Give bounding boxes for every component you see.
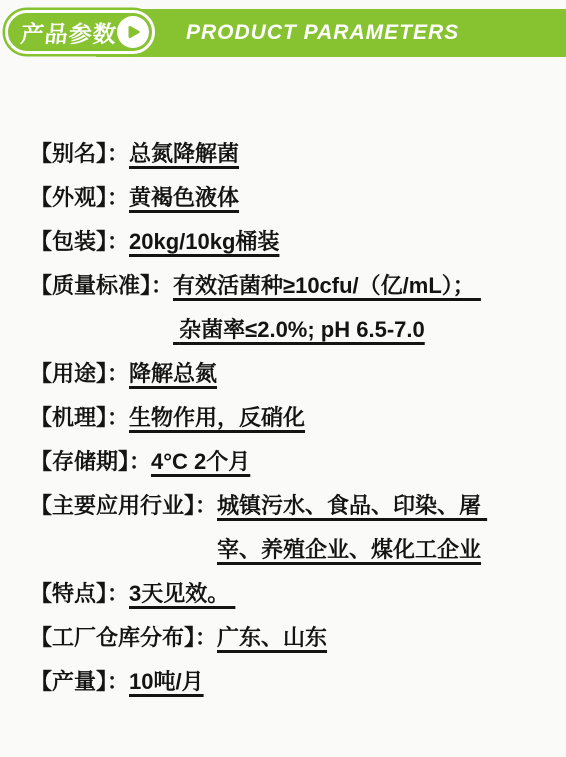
parameter-label: 【特点】： — [30, 572, 129, 616]
parameter-row-storage-period: 【存储期】：4°C 2个月 — [30, 440, 544, 484]
parameter-value: 黄褐色液体 — [129, 176, 544, 220]
parameter-row-packaging: 【包装】：20kg/10kg桶装 — [30, 220, 544, 264]
parameter-label: 【别名】： — [30, 132, 129, 176]
parameter-label: 【外观】： — [30, 176, 129, 220]
parameter-value: 4°C 2个月 — [151, 440, 544, 484]
parameter-value: 降解总氮 — [129, 352, 544, 396]
parameter-row-mechanism: 【机理】：生物作用，反硝化 — [30, 396, 544, 440]
parameter-label: 【机理】： — [30, 396, 129, 440]
parameter-value: 总氮降解菌 — [129, 132, 544, 176]
parameter-row-factory-warehouse: 【工厂仓库分布】：广东、山东 — [30, 616, 544, 660]
parameter-label: 【用途】： — [30, 352, 129, 396]
parameter-label: 【产量】： — [30, 660, 129, 704]
parameter-label: 【包装】： — [30, 220, 129, 264]
parameter-row-output: 【产量】：10吨/月 — [30, 660, 544, 704]
parameter-row-appearance: 【外观】：黄褐色液体 — [30, 176, 544, 220]
parameter-value: 20kg/10kg桶装 — [129, 220, 544, 264]
parameter-row-alias: 【别名】：总氮降解菌 — [30, 132, 544, 176]
parameter-value: 3天见效。 — [129, 572, 544, 616]
parameter-value: 10吨/月 — [129, 660, 544, 704]
parameter-label: 【质量标准】： — [30, 264, 173, 308]
parameter-label: 【工厂仓库分布】： — [30, 616, 217, 660]
parameter-row-features: 【特点】：3天见效。 — [30, 572, 544, 616]
header-banner: PRODUCT PARAMETERS 产品参数 — [0, 0, 566, 62]
play-icon — [117, 16, 149, 48]
header-title: PRODUCT PARAMETERS — [186, 9, 459, 57]
parameter-value: 生物作用，反硝化 — [129, 396, 544, 440]
parameter-label: 【存储期】： — [30, 440, 151, 484]
product-parameters-badge: 产品参数 — [5, 10, 155, 54]
parameter-value: 广东、山东 — [217, 616, 544, 660]
badge-label: 产品参数 — [19, 16, 118, 49]
parameter-value: 有效活菌种≥10cfu/（亿/mL）； 杂菌率≤2.0%; pH 6.5-7.0 — [173, 264, 544, 352]
parameter-row-main-industries: 【主要应用行业】：城镇污水、食品、印染、屠 宰、养殖企业、煤化工企业 — [30, 484, 544, 572]
parameter-value: 城镇污水、食品、印染、屠 宰、养殖企业、煤化工企业 — [217, 484, 544, 572]
parameter-row-quality-standard: 【质量标准】：有效活菌种≥10cfu/（亿/mL）； 杂菌率≤2.0%; pH … — [30, 264, 544, 352]
parameter-label: 【主要应用行业】： — [30, 484, 217, 528]
parameter-row-usage: 【用途】：降解总氮 — [30, 352, 544, 396]
parameters-list: 【别名】：总氮降解菌 【外观】：黄褐色液体 【包装】：20kg/10kg桶装 【… — [30, 132, 544, 704]
